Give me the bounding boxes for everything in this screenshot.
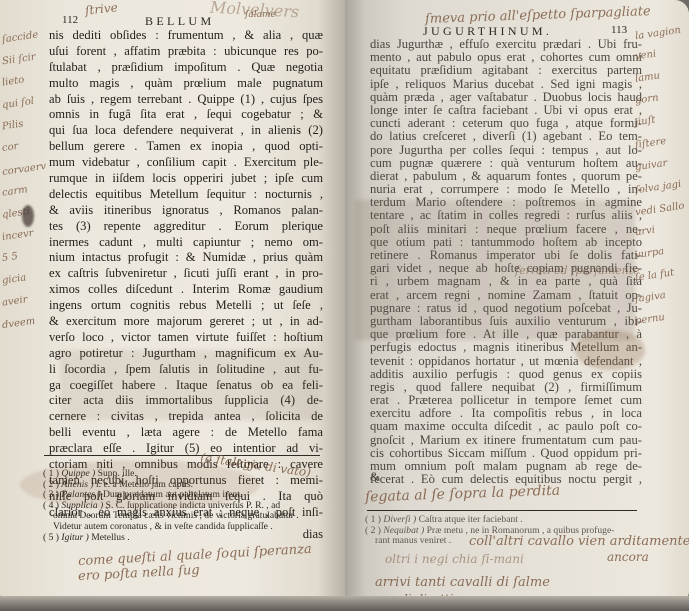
left-page: 112 BELLUM nis dediti obſides : frumentu… bbox=[0, 0, 345, 600]
page-number: 113 bbox=[611, 24, 627, 36]
text-line: uſui forent , affatim præbita : ubicunqu… bbox=[49, 44, 323, 60]
marginal-note: ſalame bbox=[245, 10, 276, 20]
text-line: delectis equitibus Metellum ſequitur : n… bbox=[49, 187, 323, 203]
text-line: multo magis , quàm prœlium male pugnatum bbox=[49, 76, 323, 92]
marginal-note: lieto bbox=[1, 74, 25, 88]
body-text: nis dediti obſides : frumentum , & alia … bbox=[49, 28, 323, 521]
marginal-note: oltri i negi chia ſi-mani bbox=[385, 552, 524, 566]
text-line: verſo loco , victor tamen virtute fuiſſe… bbox=[49, 330, 323, 346]
stain-band bbox=[60, 350, 320, 420]
text-line: do latius creſceret , diverſi (1) ageban… bbox=[370, 129, 642, 142]
text-line: quàm præda , ager vaſtabatur . Duobus lo… bbox=[370, 90, 642, 103]
text-line: equitatu præſidium agitabant : exercitus… bbox=[370, 63, 642, 76]
text-line: inermes cadunt , multi capiuntur ; nemo … bbox=[49, 235, 323, 251]
text-line: bellum gerere . Tamen ex inopia , quod o… bbox=[49, 139, 323, 155]
marginal-note: gicia bbox=[1, 272, 27, 286]
marginal-note: cor bbox=[1, 141, 19, 154]
text-line: longe inter ſe caſtra faciebant . Ubi vi… bbox=[370, 103, 642, 116]
marginal-note: veni bbox=[634, 49, 657, 63]
water-stain bbox=[575, 330, 645, 370]
marginal-note: jiuſt bbox=[634, 115, 656, 129]
marginal-note: 5 5 bbox=[1, 251, 18, 264]
text-line: dias Jugurthæ , effuſo exercitu prædari … bbox=[370, 37, 642, 50]
marginal-note: coll'altri cavallo vien arditamente bbox=[469, 534, 689, 549]
marginal-note: dveem bbox=[1, 316, 36, 332]
footnote-rule bbox=[367, 510, 637, 511]
text-line: ingens ortum cognitis rebus Metelli ; ut… bbox=[49, 298, 323, 314]
marginal-note: ſtrive bbox=[84, 0, 118, 17]
text-line: ipſe , reliquos Marius ducebat . Sed ign… bbox=[370, 77, 642, 90]
text-line: omnis in fugâ ſita erat , ſequi cogebatu… bbox=[49, 107, 323, 123]
marginal-note: gorn bbox=[634, 92, 659, 106]
text-line: erat . Præterea pollicetur in tempore ſe… bbox=[370, 393, 642, 406]
page-edges bbox=[0, 596, 689, 611]
marginal-note: la vagion bbox=[634, 25, 681, 42]
text-line: ab ſuis , regem terrebant . Quippe (1) ,… bbox=[49, 92, 323, 108]
text-line: & aviis itineribus ignoratus , Romanos p… bbox=[49, 203, 323, 219]
text-line: mento , aut pabulo opus erat , cohortes … bbox=[370, 50, 642, 63]
text-line: mum videbatur , conſilium capit . Exerci… bbox=[49, 155, 323, 171]
text-line: dierat , pabulum , & aquarum fontes , qu… bbox=[370, 169, 642, 182]
marginal-note: aveir bbox=[1, 294, 28, 308]
text-line: ex caſtris ſubveniretur , ſicuti juſſi e… bbox=[49, 266, 323, 282]
marginal-note: corvaerv bbox=[1, 161, 46, 178]
stain-band bbox=[355, 200, 635, 340]
text-line: ſtulabat , præſidium impoſitum . Quæ neg… bbox=[49, 60, 323, 76]
marginal-note: ſegata al ſe ſopra la perdita bbox=[365, 483, 561, 506]
text-line: gnoſcit , Marium ex itinere frumentatum … bbox=[370, 433, 642, 446]
marginal-note: Sii ſcir bbox=[1, 52, 36, 68]
marginal-note: ſaccide bbox=[1, 30, 39, 46]
marginal-note: qui ſol bbox=[1, 96, 34, 111]
text-line: nis dediti obſides : frumentum , & alia … bbox=[49, 28, 323, 44]
text-line: cum pugnæ quærere : quà venturum hoſtem … bbox=[370, 156, 642, 169]
text-line: nium intactus profugit : & Numidæ , priu… bbox=[49, 250, 323, 266]
text-line: ximos colles diſcedunt . Interim Romæ ga… bbox=[49, 282, 323, 298]
marginal-note: carm bbox=[1, 184, 28, 198]
marginal-note: lamu bbox=[634, 70, 660, 84]
marginal-note: urvi bbox=[634, 225, 655, 239]
text-line: quam maxime occulta diſcedit , ac paulo … bbox=[370, 419, 642, 432]
text-line: qui ſua loca defendere nequiverat , in a… bbox=[49, 123, 323, 139]
book-spread: 112 BELLUM nis dediti obſides : frumentu… bbox=[0, 0, 689, 611]
text-line: pore Jugurtha per colles ſequi : tempus … bbox=[370, 143, 642, 156]
text-line: rumque in iiſdem locis opperiri jubet ; … bbox=[49, 171, 323, 187]
text-line: cuncti aderant : ceterum quo fuga , atqu… bbox=[370, 116, 642, 129]
text-line: tes (3) repente aggreditur . Eorum pleri… bbox=[49, 219, 323, 235]
running-head: BELLUM bbox=[145, 14, 215, 29]
text-line: cis cohortibus Siccam miſſum . Quod oppi… bbox=[370, 446, 642, 459]
text-line: nuria erat , corrumpere : modo ſe Metell… bbox=[370, 182, 642, 195]
marginal-note: incevr bbox=[1, 228, 34, 243]
ink-blot bbox=[22, 205, 34, 227]
water-stain bbox=[20, 460, 260, 510]
page-number: 112 bbox=[62, 14, 78, 26]
footnote: ( 5 ) Igitur ) Metellus . bbox=[43, 533, 333, 544]
footnote-rule bbox=[44, 455, 320, 456]
marginal-note: vedi Sallo bbox=[634, 201, 685, 219]
text-line: regis , quod fallere nequibat (2) , firm… bbox=[370, 380, 642, 393]
marginal-note: arrivi tanti cavalli di ſalme bbox=[375, 575, 550, 590]
marginal-note: Pilis bbox=[1, 119, 24, 133]
marginal-note: ancora bbox=[607, 550, 649, 564]
right-page: JUGURTHINUM. 113 dias Jugurthæ , effuſo … bbox=[345, 0, 689, 600]
catchword: & bbox=[370, 470, 642, 486]
text-line: & exercitum more majorum gereret ; ut , … bbox=[49, 314, 323, 330]
text-line: exercitu adfore . Ita compoſitis rebus ,… bbox=[370, 406, 642, 419]
text-line: belli eventu , læta agere : de Metello f… bbox=[49, 425, 323, 441]
